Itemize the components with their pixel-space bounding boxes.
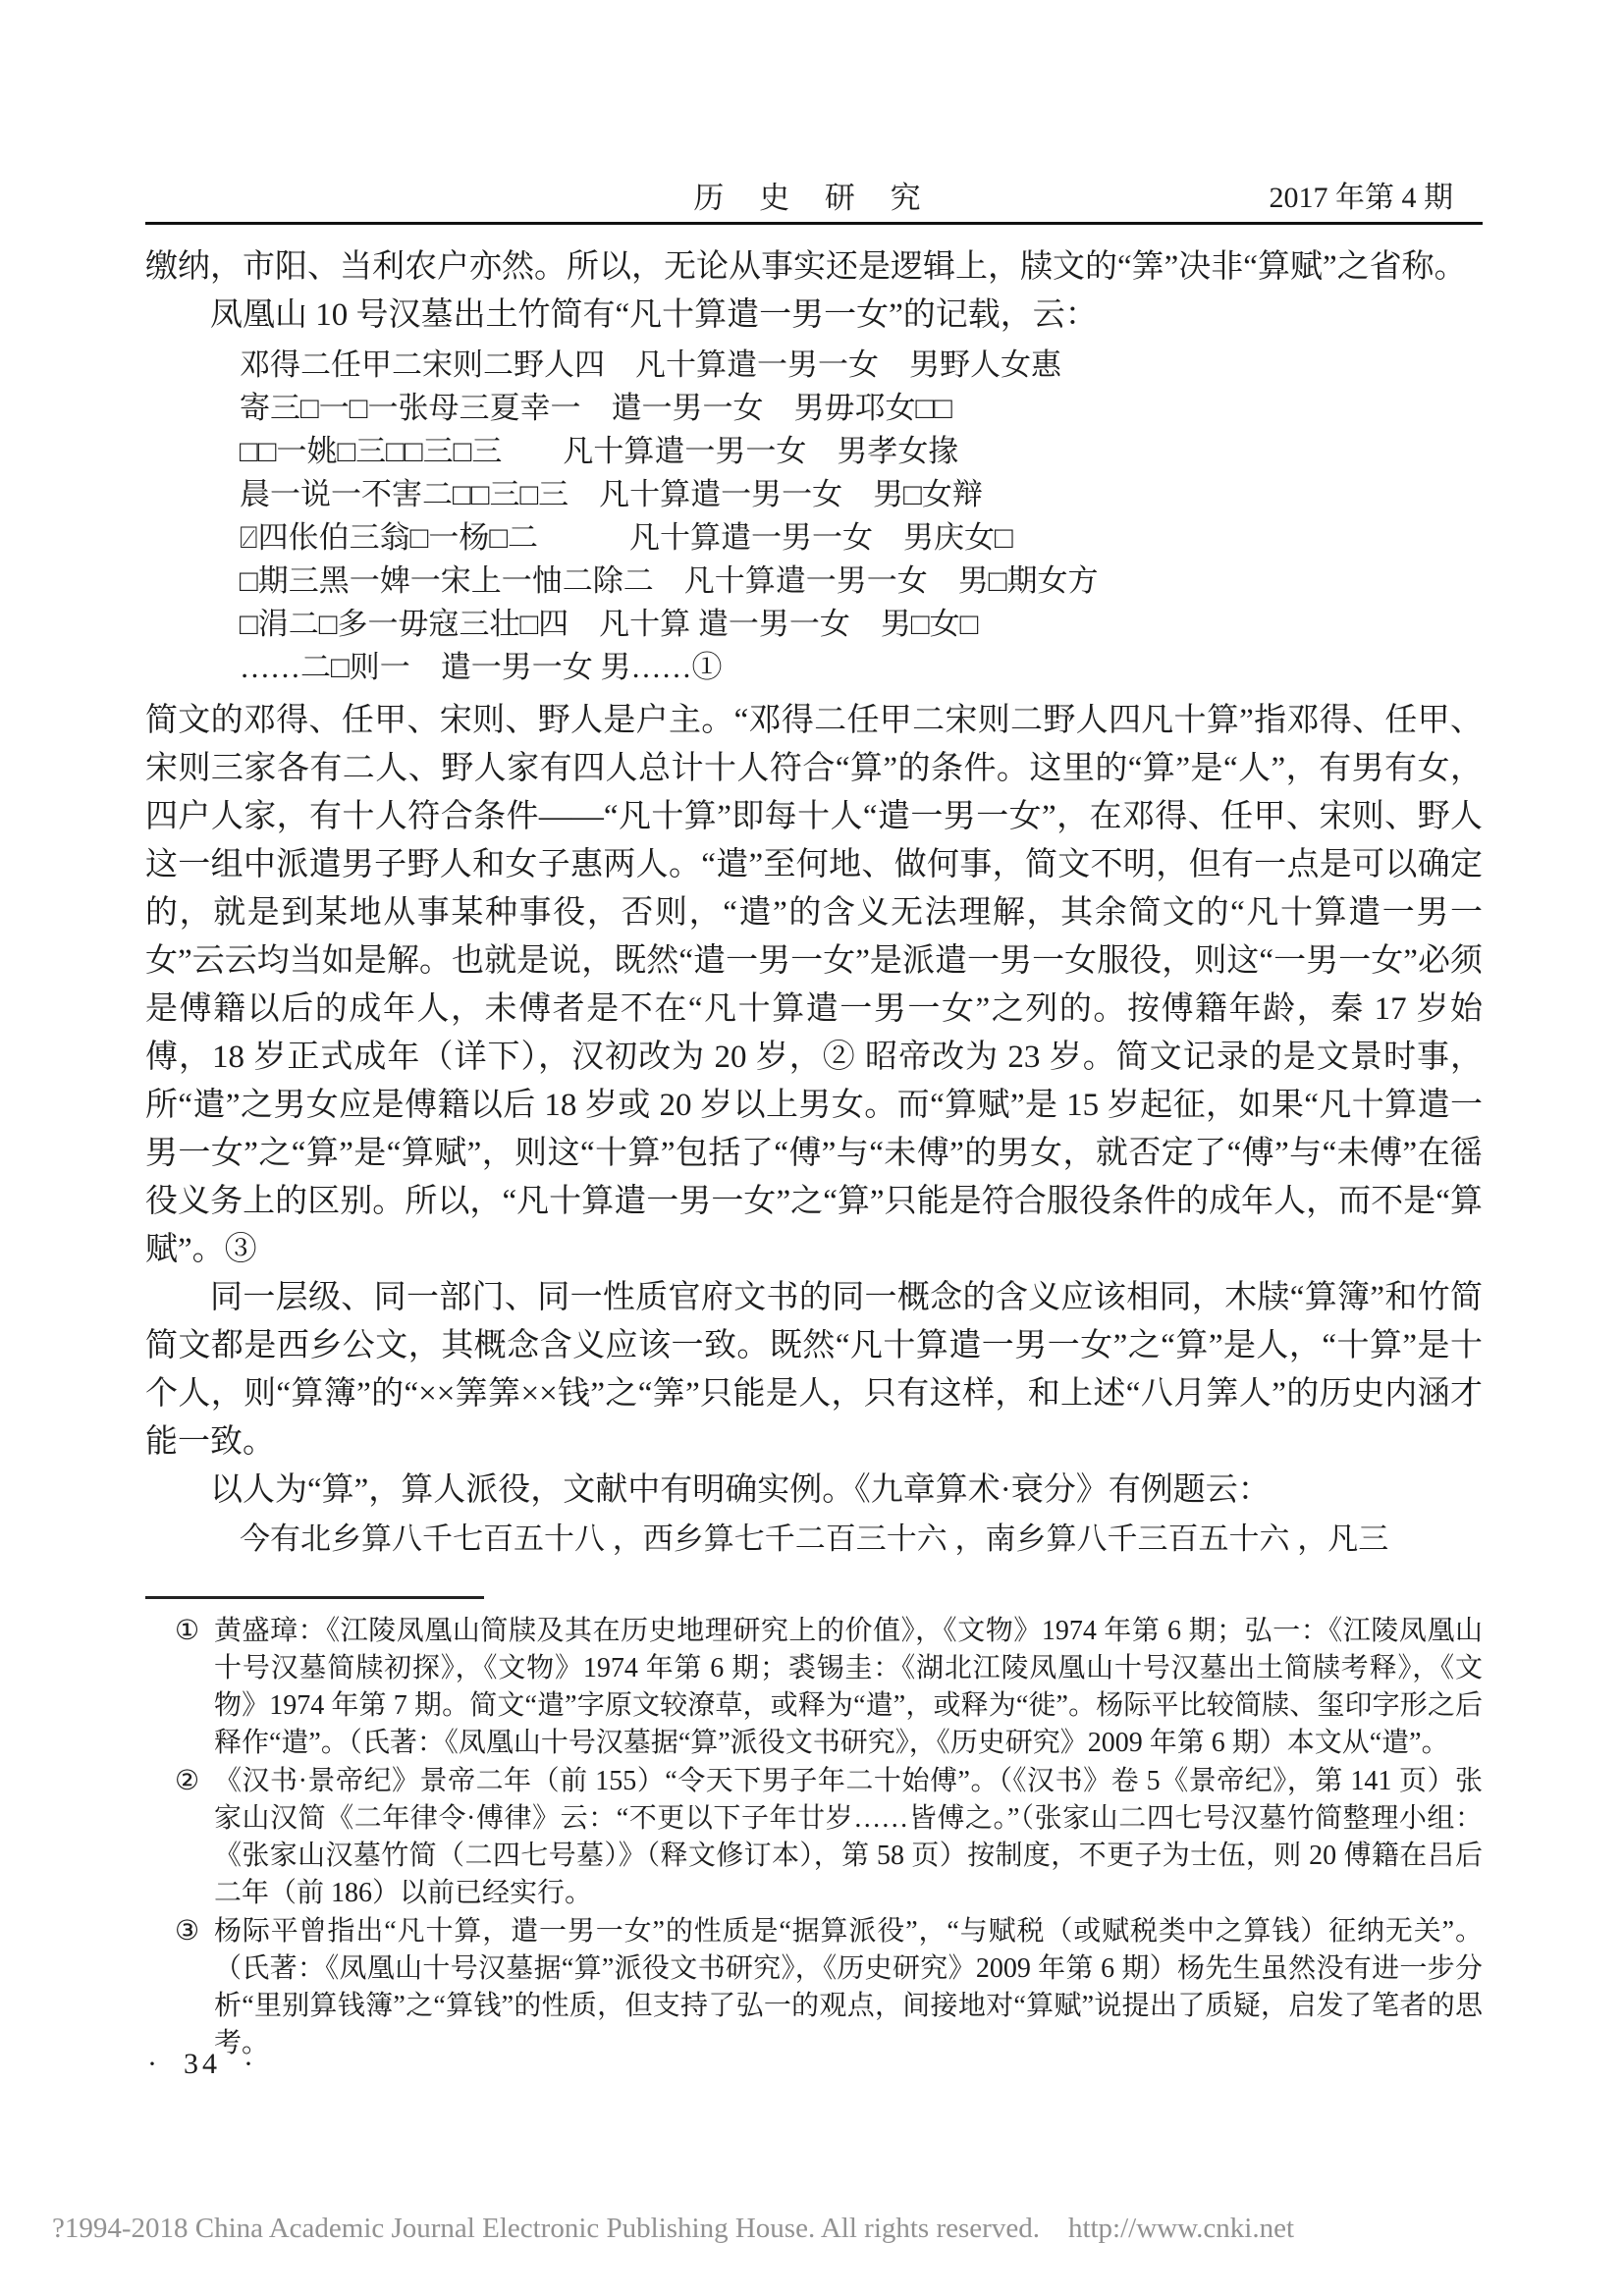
paragraph-same-level: 同一层级、同一部门、同一性质官府文书的同一概念的含义应该相同，木牍“算簿”和竹简… <box>145 1274 1483 1467</box>
bamboo-slip-quote: 邓得二任甲二宋则二野人四 凡十算遣一男一女 男野人女惠 寄三□一□一张母三夏幸一… <box>240 344 1483 689</box>
math-classic-quote: 今有北乡算八千七百五十八 ，西乡算七千二百三十六 ，南乡算八千三百五十六 ，凡三 <box>240 1515 1483 1563</box>
cnki-watermark: ?1994-2018 China Academic Journal Electr… <box>52 2213 1294 2245</box>
slip-line: 寄三□一□一张母三夏幸一 遣一男一女 男毋邛女□□ <box>240 387 1483 430</box>
paragraph-example-intro: 以人为“算”，算人派役，文献中有明确实例。《九章算术·衰分》有例题云： <box>145 1467 1483 1515</box>
slip-line: 邓得二任甲二宋则二野人四 凡十算遣一男一女 男野人女惠 <box>240 344 1483 387</box>
footnote-3-text: 杨际平曾指出“凡十算，遣一男一女”的性质是“据算派役”，“与赋税（或赋税类中之算… <box>214 1916 1483 2058</box>
slip-line: ⍁四伥伯三翁□一杨□二 凡十算遣一男一女 男庆女□ <box>240 516 1483 560</box>
footnote-3-marker: ③ <box>175 1913 199 1950</box>
journal-page: 历 史 研 究 2017 年第 4 期 缴纳，市阳、当利农户亦然。所以，无论从事… <box>0 0 1624 2296</box>
footnote-1-marker: ① <box>175 1613 199 1650</box>
paragraph-continuation: 缴纳，市阳、当利农户亦然。所以，无论从事实还是逻辑上，牍文的“筭”决非“算赋”之… <box>145 243 1483 292</box>
page-number: · 34 · <box>147 2048 257 2081</box>
footnote-3: ③ 杨际平曾指出“凡十算，遣一男一女”的性质是“据算派役”，“与赋税（或赋税类中… <box>145 1913 1483 2062</box>
issue-label: 2017 年第 4 期 <box>1270 173 1454 216</box>
footnote-divider <box>145 1596 484 1599</box>
paragraph-analysis: 简文的邓得、任甲、宋则、野人是户主。“邓得二任甲二宋则二野人四凡十算”指邓得、任… <box>145 697 1483 1274</box>
slip-line: ……二□则一 遣一男一女 男……① <box>240 646 1483 689</box>
slip-line: □期三黑一婢一宋上一怞二除二 凡十算遣一男一女 男□期女方 <box>240 560 1483 603</box>
main-text: 缴纳，市阳、当利农户亦然。所以，无论从事实还是逻辑上，牍文的“筭”决非“算赋”之… <box>145 243 1483 2063</box>
footnote-1: ① 黄盛璋：《江陵凤凰山简牍及其在历史地理研究上的价值》，《文物》1974 年第… <box>145 1613 1483 1762</box>
footnote-1-text: 黄盛璋：《江陵凤凰山简牍及其在历史地理研究上的价值》，《文物》1974 年第 6… <box>214 1616 1483 1758</box>
slip-line: □涓二□多一毋寇三壮□四 凡十算 遣一男一女 男□女□ <box>240 603 1483 646</box>
page-header: 历 史 研 究 2017 年第 4 期 <box>145 173 1483 225</box>
footnote-2-marker: ② <box>175 1763 199 1800</box>
slip-line: □□一姚□三□□三□三 凡十算遣一男一女 男孝女掾 <box>240 430 1483 473</box>
footnotes: ① 黄盛璋：《江陵凤凰山简牍及其在历史地理研究上的价值》，《文物》1974 年第… <box>145 1613 1483 2062</box>
footnote-2: ② 《汉书·景帝纪》景帝二年（前 155）“令天下男子年二十始傅”。（《汉书》卷… <box>145 1763 1483 1912</box>
slip-line: 晨一说一不害二□□三□三 凡十算遣一男一女 男□女辩 <box>240 473 1483 516</box>
footnote-2-text: 《汉书·景帝纪》景帝二年（前 155）“令天下男子年二十始傅”。（《汉书》卷 5… <box>214 1766 1483 1908</box>
paragraph-intro: 凤凰山 10 号汉墓出土竹简有“凡十算遣一男一女”的记载，云： <box>145 292 1483 340</box>
